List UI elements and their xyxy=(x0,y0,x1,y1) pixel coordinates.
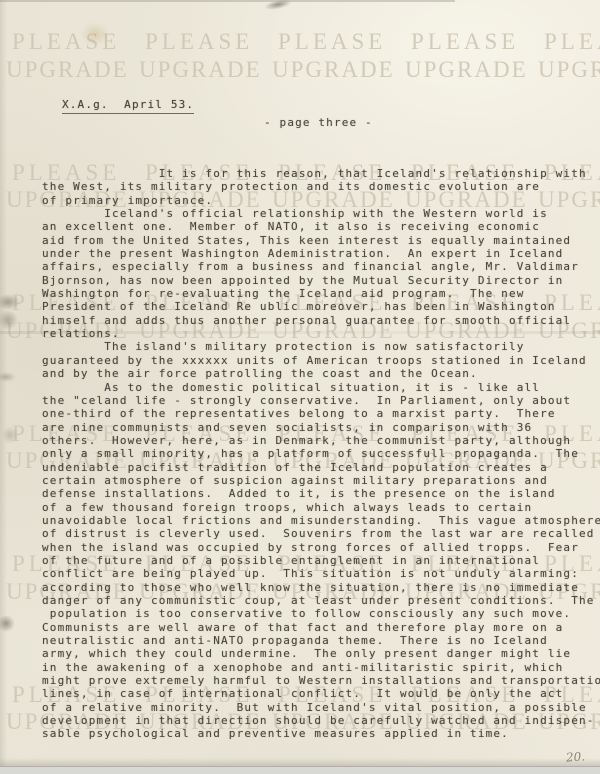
document-heading: X.A.g. April 53. xyxy=(62,98,194,114)
scanned-document-page: PLEASEUPGRADEPLEASEUPGRADEPLEASEUPGRADEP… xyxy=(0,0,600,774)
page-number-label: - page three - xyxy=(264,116,373,129)
scanner-edge-strip xyxy=(0,766,600,774)
paper-bottom-shadow xyxy=(0,758,600,766)
typewritten-text-layer: X.A.g. April 53. - page three - It is fo… xyxy=(0,0,600,774)
document-body-text: It is for this reason, that Iceland's re… xyxy=(42,167,600,741)
